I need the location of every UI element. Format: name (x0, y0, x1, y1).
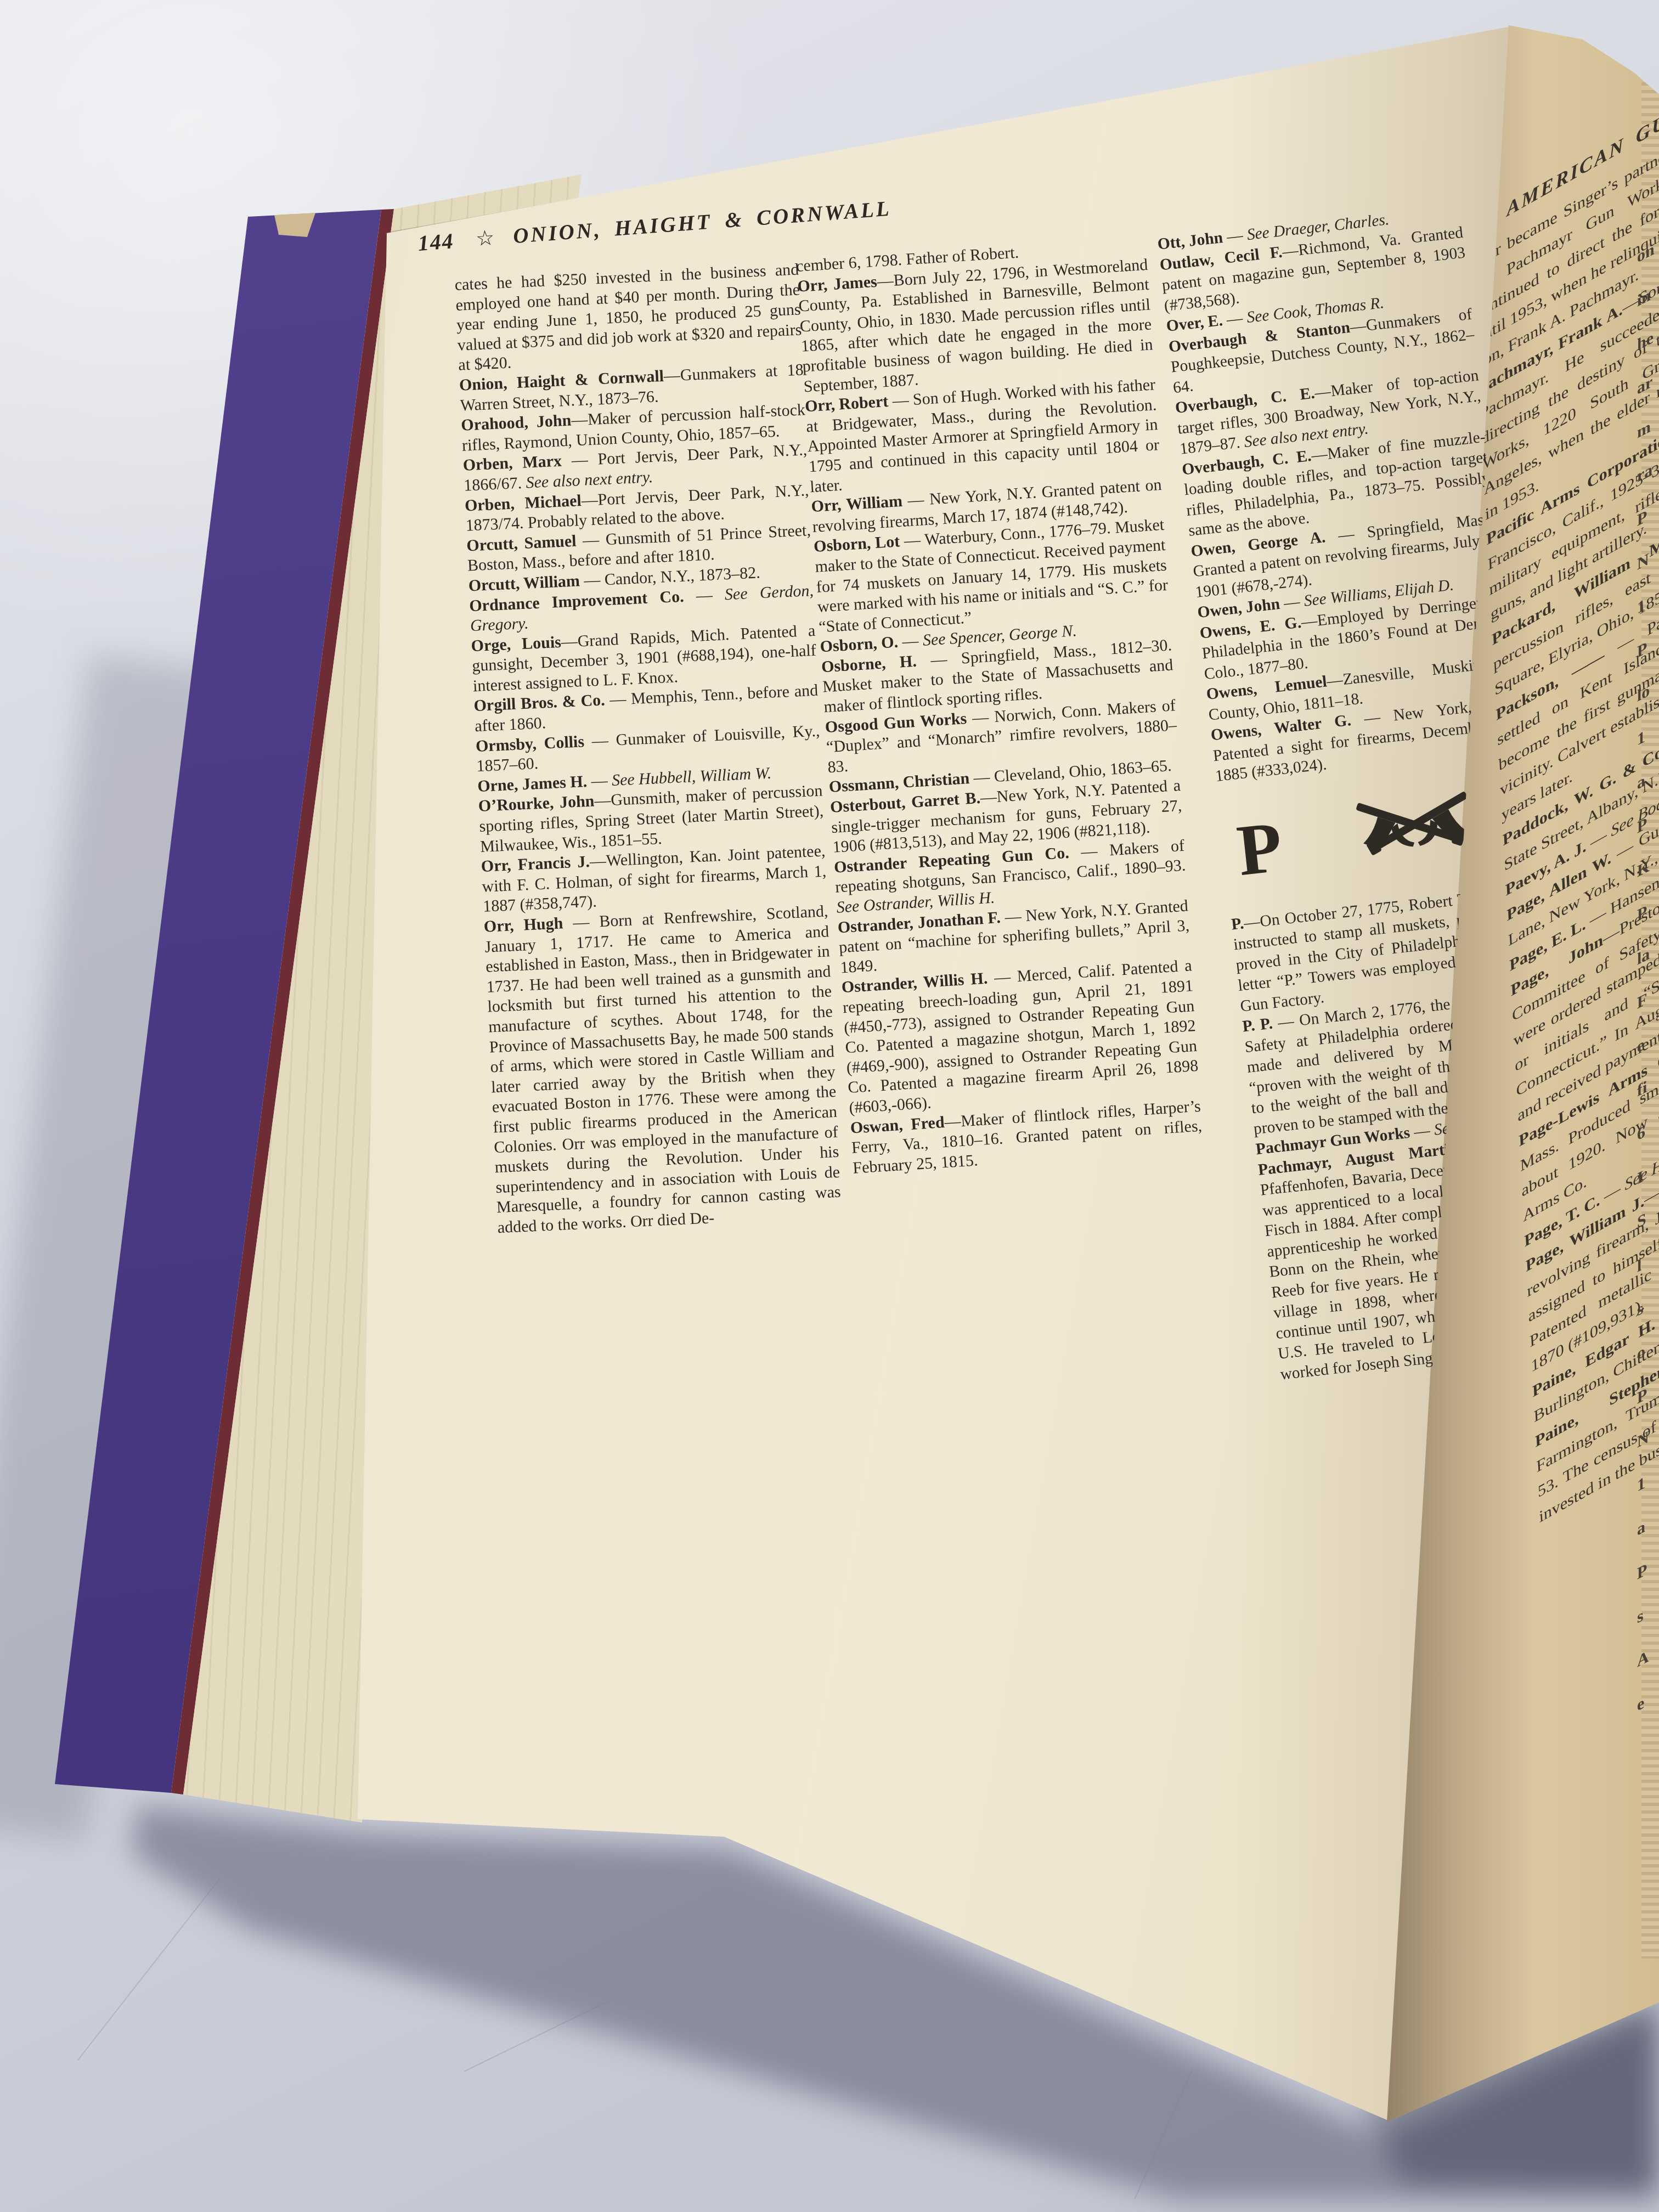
right-edge-text-fragments: oninhearmraPN1Plo1aPKPlaFefi6ISlsoPN1aPs… (1637, 213, 1659, 1728)
left-running-title: ONION, HAIGHT & CORNWALL (512, 196, 892, 249)
column-3-entries-O: Ott, John — See Draeger, Charles.Outlaw,… (1156, 202, 1520, 787)
directory-entry: Orr, James—Born July 22, 1796, in Westmo… (797, 255, 1155, 397)
section-letter: P (1234, 810, 1285, 887)
directory-entry: cates he had $250 invested in the busine… (454, 260, 803, 376)
star-icon: ☆ (475, 225, 495, 251)
left-page-number: 144 (417, 228, 455, 256)
left-column-1: cates he had $250 invested in the busine… (454, 260, 842, 1238)
directory-entry: Orr, Hugh — Born at Renfrewshire, Scotla… (483, 901, 842, 1238)
left-column-2: cember 6, 1798. Father of Robert.Orr, Ja… (795, 235, 1204, 1178)
directory-entry: Ostrander, Willis H. — Merced, Calif. Pa… (841, 956, 1200, 1119)
book-photo: 1AMERICAN GUNMAKERS later became Singer’… (0, 0, 1659, 2212)
